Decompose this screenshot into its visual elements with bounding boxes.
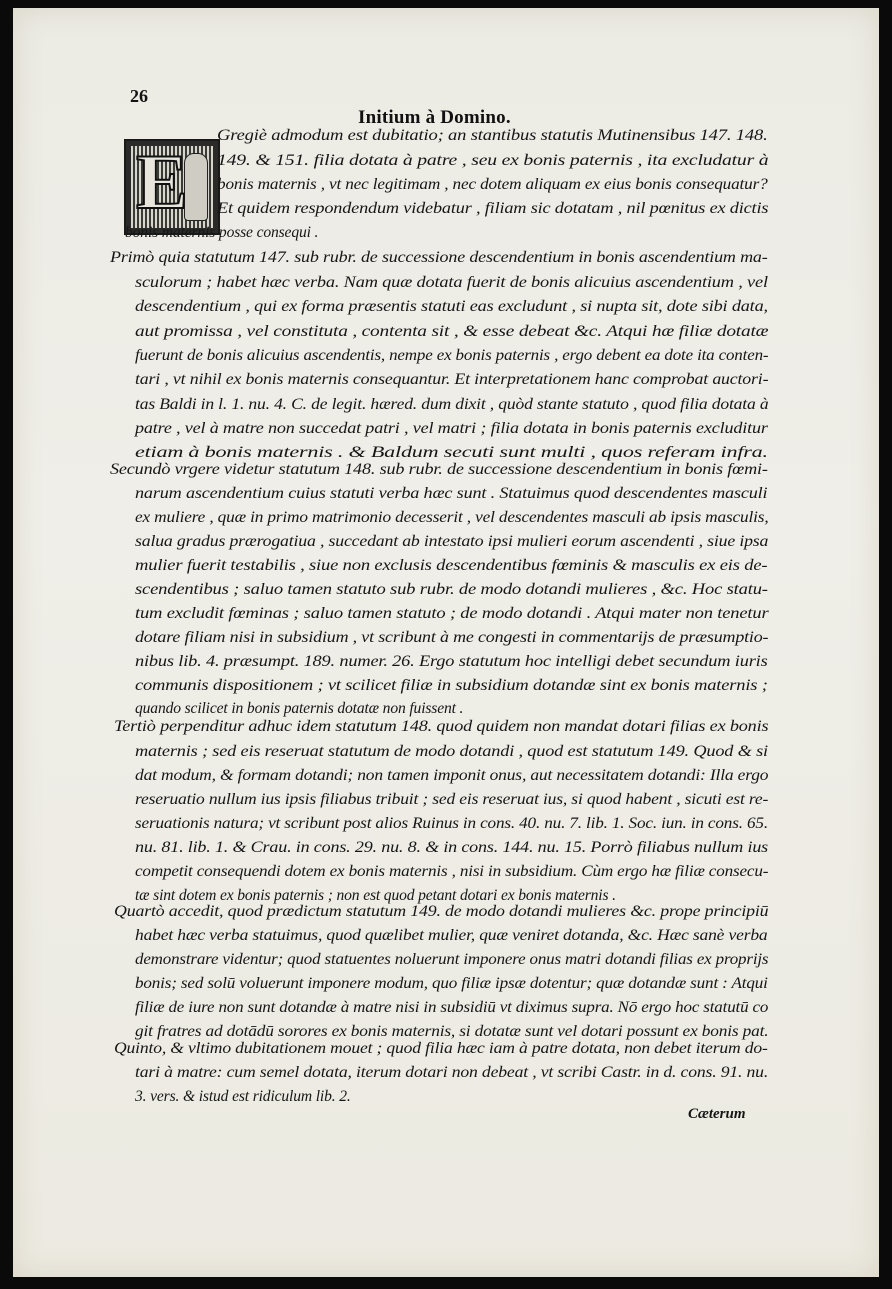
text-line: communis dispositionem ; vt scilicet fil… <box>135 677 768 695</box>
page-number: 26 <box>130 86 148 107</box>
text-line: bonis maternis posse consequi . <box>125 224 318 242</box>
text-line: 3. vers. & istud est ridiculum lib. 2. <box>135 1088 351 1106</box>
text-line: Et quidem respondendum videbatur , filia… <box>217 200 768 218</box>
text-line: bonis maternis , vt nec legitimam , nec … <box>217 176 768 194</box>
running-head: Initium à Domino. <box>358 107 511 129</box>
text-line: competit consequendi dotem ex bonis mate… <box>135 863 768 881</box>
text-line: Gregiè admodum est dubitatio; an stantib… <box>217 127 768 145</box>
text-line: tari , vt nihil ex bonis maternis conseq… <box>135 371 768 389</box>
text-line: demonstrare videntur; quod statuentes no… <box>135 951 768 969</box>
text-line: nu. 81. lib. 1. & Crau. in cons. 29. nu.… <box>135 839 768 857</box>
text-line: nibus lib. 4. præsumpt. 189. numer. 26. … <box>135 653 768 671</box>
text-line: habet hæc verba statuimus, quod quælibet… <box>135 927 768 945</box>
text-line: descendentium , qui ex forma præsentis s… <box>135 298 768 316</box>
text-line: scendentibus ; saluo tamen statuto sub r… <box>135 581 768 599</box>
text-line: ex muliere , quæ in primo matrimonio dec… <box>135 509 769 527</box>
text-line: Secundò vrgere videtur statutum 148. sub… <box>110 461 768 479</box>
text-line: salua gradus prærogatiua , succedant ab … <box>135 533 768 551</box>
text-line: tas Baldi in l. 1. nu. 4. C. de legit. h… <box>135 396 768 414</box>
text-line: fuerunt de bonis alicuius ascendentis, n… <box>135 347 768 365</box>
text-line: etiam à bonis maternis . & Baldum secuti… <box>135 444 768 462</box>
text-line: filiæ de iure non sunt dotandæ à matre n… <box>135 999 768 1017</box>
text-line: tari à matre: cum semel dotata, iterum d… <box>135 1064 768 1082</box>
text-line: dat modum, & formam dotandi; non tamen i… <box>135 767 768 785</box>
text-line: dotare filiam nisi in subsidium , vt scr… <box>135 629 768 647</box>
text-line: narum ascendentium cuius statuti verba h… <box>135 485 767 503</box>
text-line: Quartò accedit, quod prædictum statutum … <box>114 903 768 921</box>
text-line: aut promissa , vel constituta , contenta… <box>135 323 768 341</box>
text-line: Quinto, & vltimo dubitationem mouet ; qu… <box>114 1040 768 1058</box>
text-line: sculorum ; habet hæc verba. Nam quæ dota… <box>135 274 768 292</box>
woodcut-initial: E <box>124 139 220 235</box>
catchword: Cæterum <box>688 1106 746 1123</box>
dropcap-letter: E <box>136 143 188 221</box>
text-line: patre , vel à matre non succedat patri ,… <box>135 420 768 438</box>
text-line: bonis; sed solū voluerunt imponere modum… <box>135 975 768 993</box>
text-line: mulier fuerit testabilis , siue non excl… <box>135 557 767 575</box>
text-line: git fratres ad dotādū sorores ex bonis m… <box>135 1023 768 1041</box>
text-line: quando scilicet in bonis paternis dotatæ… <box>135 700 463 718</box>
text-line: seruationis natura; vt scribunt post ali… <box>135 815 768 833</box>
text-line: 149. & 151. filia dotata à patre , seu e… <box>217 152 768 170</box>
text-line: reseruatio nullum ius ipsis filiabus tri… <box>135 791 768 809</box>
text-line: maternis ; sed eis reseruat statutum de … <box>135 743 768 761</box>
text-line: Tertiò perpenditur adhuc idem statutum 1… <box>114 718 768 736</box>
text-line: tum excludit fœminas ; saluo tamen statu… <box>135 605 769 623</box>
text-line: Primò quia statutum 147. sub rubr. de su… <box>110 249 768 267</box>
